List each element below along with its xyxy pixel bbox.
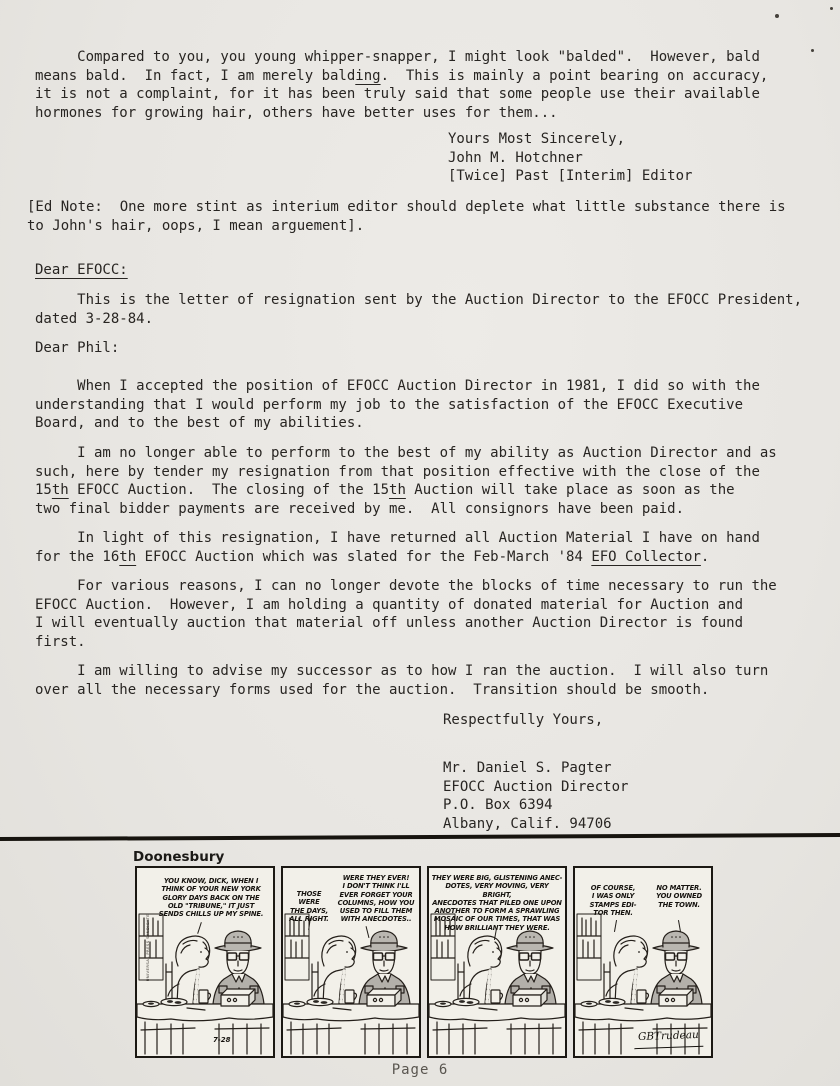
comic-panel-2: THOSE WERE THE DAYS, ALL RIGHT. WERE THE… bbox=[281, 866, 421, 1058]
comic-date-code: 7-28 bbox=[213, 1031, 231, 1050]
salutation-dear-phil: Dear Phil: bbox=[35, 339, 119, 358]
paragraph-intro-resignation: This is the letter of resignation sent b… bbox=[35, 291, 802, 328]
speech-balloon-text: YOU KNOW, DICK, WHEN I THINK OF YOUR NEW… bbox=[153, 877, 269, 918]
letter-closing-hotchner: Yours Most Sincerely,John M. Hotchner[Tw… bbox=[448, 130, 692, 186]
speech-balloon-text: OF COURSE, I WAS ONLY STAMPS EDI- TOR TH… bbox=[587, 884, 639, 917]
doonesbury-comic-strip: UNIVERSAL PRESS SYNDICATE YOU KNOW, DICK… bbox=[135, 866, 713, 1058]
comic-panel-1: UNIVERSAL PRESS SYNDICATE YOU KNOW, DICK… bbox=[135, 866, 275, 1058]
syndicate-credit-text: UNIVERSAL PRESS SYNDICATE bbox=[139, 914, 158, 981]
speech-balloon-text: NO MATTER. YOU OWNED THE TOWN. bbox=[655, 884, 703, 909]
editor-note: [Ed Note: One more stint as interium edi… bbox=[27, 198, 786, 235]
section-divider-line bbox=[0, 833, 840, 841]
paragraph-tender-resignation: I am no longer able to perform to the be… bbox=[35, 444, 777, 519]
speech-balloon-text: WERE THEY EVER! I DON'T THINK I'LL EVER … bbox=[335, 874, 417, 924]
page-number: Page 6 bbox=[0, 1061, 840, 1080]
section-heading-dear-efocc: Dear EFOCC: bbox=[35, 261, 128, 280]
scan-artifact-dot bbox=[811, 49, 814, 52]
scan-artifact-dot bbox=[775, 14, 779, 18]
comic-panel-3: THEY WERE BIG, GLISTENING ANEC- DOTES, V… bbox=[427, 866, 567, 1058]
speech-balloon-text: THEY WERE BIG, GLISTENING ANEC- DOTES, V… bbox=[431, 874, 563, 932]
paragraph-accepted-position: When I accepted the position of EFOCC Au… bbox=[35, 377, 760, 433]
paragraph-balding: Compared to you, you young whipper-snapp… bbox=[35, 48, 768, 123]
comic-panel-4: OF COURSE, I WAS ONLY STAMPS EDI- TOR TH… bbox=[573, 866, 713, 1058]
artist-signature: GBTrudeau bbox=[634, 1026, 704, 1049]
paragraph-advise-successor: I am willing to advise my successor as t… bbox=[35, 662, 768, 699]
comic-strip-title: Doonesbury bbox=[133, 848, 224, 867]
paragraph-returned-material: In light of this resignation, I have ret… bbox=[35, 529, 760, 566]
scan-artifact-dot bbox=[830, 7, 833, 10]
letter-closing-respectfully: Respectfully Yours, bbox=[443, 711, 603, 730]
scanned-newsletter-page: Compared to you, you young whipper-snapp… bbox=[0, 0, 840, 1086]
paragraph-various-reasons: For various reasons, I can no longer dev… bbox=[35, 577, 777, 652]
signature-block-pagter: Mr. Daniel S. PagterEFOCC Auction Direct… bbox=[443, 759, 628, 834]
